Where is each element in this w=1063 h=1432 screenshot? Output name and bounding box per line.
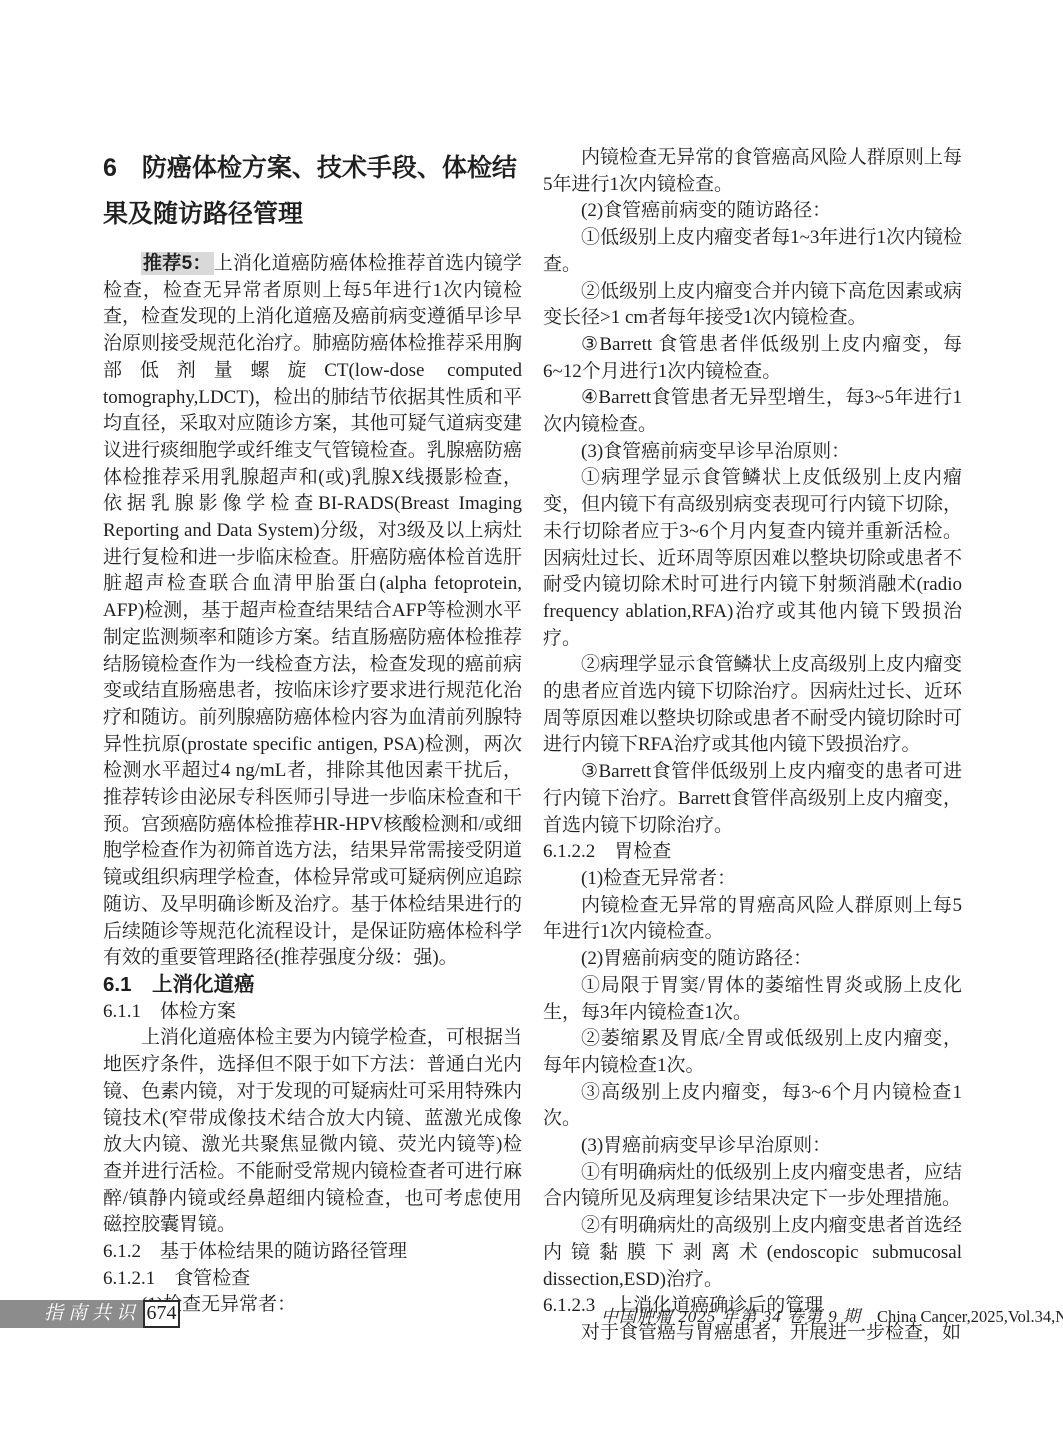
paragraph: (2)胃癌前病变的随访路径： [543,946,962,973]
paragraph: (1)检查无异常者： [543,866,962,893]
paragraph: ①局限于胃窦/胃体的萎缩性胃炎或肠上皮化生，每3年内镜检查1次。 [543,973,962,1026]
left-column: 6 防癌体检方案、技术手段、体检结果及随访路径管理 推荐5：上消化道癌防癌体检推… [103,145,522,1319]
paragraph: (3)食管癌前病变早诊早治原则： [543,439,962,466]
paragraph: 内镜检查无异常的胃癌高风险人群原则上每5年进行1次内镜检查。 [543,893,962,946]
paragraph: ②低级别上皮内瘤变合并内镜下高危因素或病变长径>1 cm者每年接受1次内镜检查。 [543,279,962,332]
recommendation-paragraph: 推荐5：上消化道癌防癌体检推荐首选内镜学检查，检查无异常者原则上每5年进行1次内… [103,251,522,972]
paragraph: 上消化道癌体检主要为内镜学检查，可根据当地医疗条件，选择但不限于如下方法：普通白… [103,1025,522,1239]
recommendation-label: 推荐5： [141,252,214,275]
paragraph: ①有明确病灶的低级别上皮内瘤变患者，应结合内镜所见及病理复诊结果决定下一步处理措… [543,1160,962,1213]
heading-6-1-2-1: 6.1.2.1 食管检查 [103,1266,522,1293]
paragraph: ③Barrett食管伴低级别上皮内瘤变的患者可进行内镜下治疗。Barrett食管… [543,759,962,839]
paragraph: ③高级别上皮内瘤变，每3~6个月内镜检查1次。 [543,1080,962,1133]
paragraph: (2)食管癌前病变的随访路径： [543,198,962,225]
paragraph: ②有明确病灶的高级别上皮内瘤变患者首选经内镜黏膜下剥离术(endoscopic … [543,1213,962,1293]
paragraph: ①低级别上皮内瘤变者每1~3年进行1次内镜检查。 [543,225,962,278]
heading-6-1-2: 6.1.2 基于体检结果的随访路径管理 [103,1239,522,1266]
heading-6-1-2-2: 6.1.2.2 胃检查 [543,839,962,866]
section-title: 6 防癌体检方案、技术手段、体检结果及随访路径管理 [103,145,522,237]
paragraph: ②萎缩累及胃底/全胃或低级别上皮内瘤变，每年内镜检查1次。 [543,1026,962,1079]
heading-6-1-1: 6.1.1 体检方案 [103,999,522,1026]
paragraph: ④Barrett食管患者无异型增生，每3~5年进行1次内镜检查。 [543,385,962,438]
journal-page: 6 防癌体检方案、技术手段、体检结果及随访路径管理 推荐5：上消化道癌防癌体检推… [0,0,1063,1432]
paragraph: ①病理学显示食管鳞状上皮低级别上皮内瘤变，但内镜下有高级别病变表现可行内镜下切除… [543,465,962,652]
paragraph: 内镜检查无异常的食管癌高风险人群原则上每5年进行1次内镜检查。 [543,145,962,198]
footer-citation-cn: 中国肿瘤 2025 年第 34 卷第 9 期 [601,1302,861,1327]
paragraph: ②病理学显示食管鳞状上皮高级别上皮内瘤变的患者应首选内镜下切除治疗。因病灶过长、… [543,652,962,759]
heading-6-1: 6.1 上消化道癌 [103,972,522,999]
footer-section-tag: 指南共识 [0,1300,143,1328]
footer-left: 指南共识 674 [0,1300,180,1328]
right-column: 内镜检查无异常的食管癌高风险人群原则上每5年进行1次内镜检查。(2)食管癌前病变… [543,145,962,1347]
recommendation-text: 上消化道癌防癌体检推荐首选内镜学检查，检查无异常者原则上每5年进行1次内镜检查，… [103,253,522,968]
footer-right: 中国肿瘤 2025 年第 34 卷第 9 期 China Cancer,2025… [601,1302,1063,1327]
footer-citation-en: China Cancer,2025,Vol.34,No.9 [877,1307,1063,1327]
paragraph: ③Barrett 食管患者伴低级别上皮内瘤变，每6~12个月进行1次内镜检查。 [543,332,962,385]
paragraph: (3)胃癌前病变早诊早治原则： [543,1133,962,1160]
left-column-blocks: 6.1 上消化道癌6.1.1 体检方案上消化道癌体检主要为内镜学检查，可根据当地… [103,972,522,1319]
footer-page-number: 674 [143,1300,180,1328]
